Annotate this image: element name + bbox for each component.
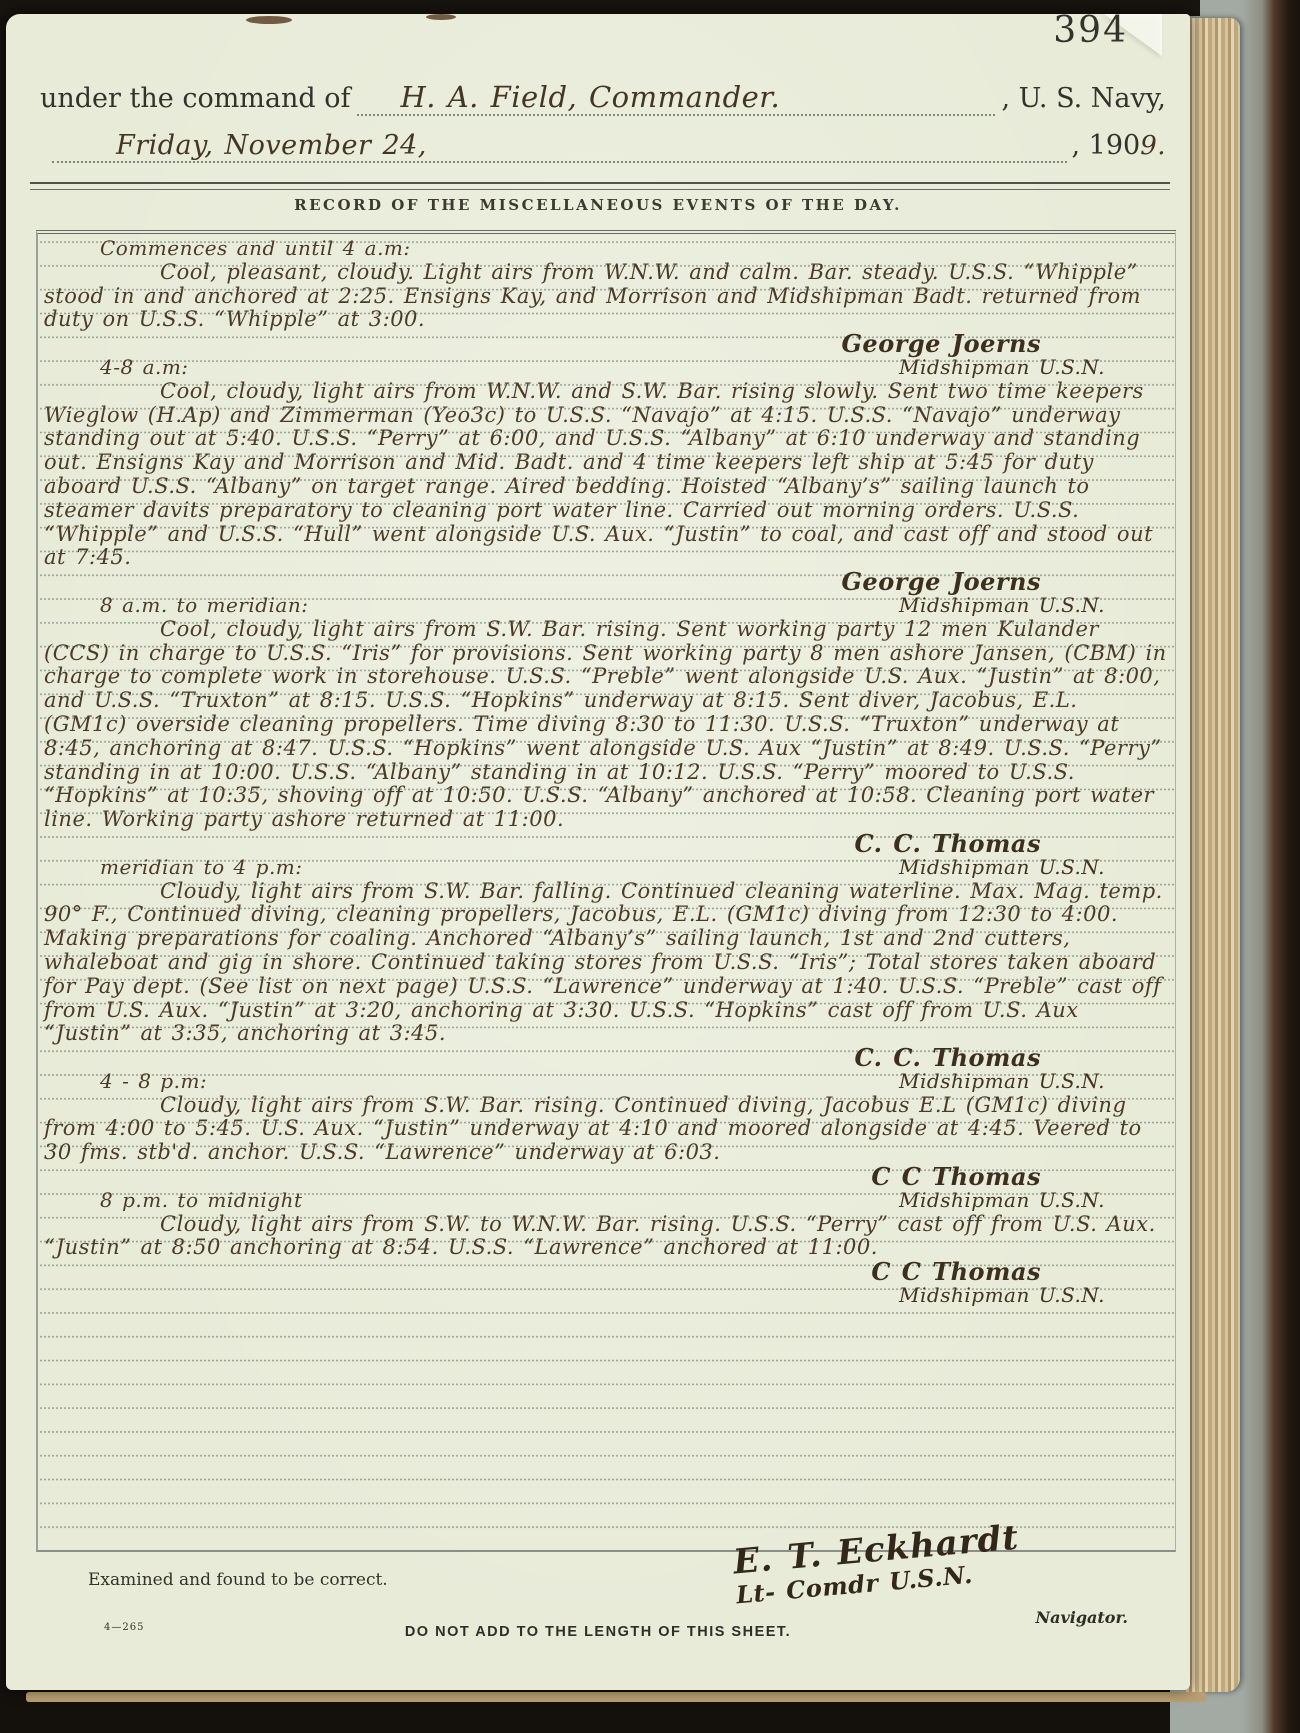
log-entries: Commences and until 4 a.m:Cool, pleasant… [36, 230, 1176, 1552]
year-printed: , 190 [1071, 130, 1140, 161]
do-not-add-notice: DO NOT ADD TO THE LENGTH OF THIS SHEET. [6, 1624, 1190, 1640]
entry-heading: 8 a.m. to meridian: [100, 594, 308, 618]
signature-name: C C Thomas [44, 1260, 1167, 1284]
signature-title: Midshipman U.S.N. [899, 356, 1105, 380]
entry-heading: 4-8 a.m: [100, 356, 189, 380]
signature-title: Midshipman U.S.N. [44, 1284, 1167, 1308]
date-line: Friday, November 24, , 190 9. [52, 130, 1166, 163]
entry-heading-row: 8 p.m. to midnightMidshipman U.S.N. [44, 1189, 1167, 1213]
entry-heading: 8 p.m. to midnight [100, 1189, 303, 1213]
signature-name: George Joerns [44, 332, 1167, 356]
section-title: RECORD OF THE MISCELLANEOUS EVENTS OF TH… [6, 196, 1190, 214]
entry-heading-row: meridian to 4 p.m:Midshipman U.S.N. [44, 856, 1167, 880]
entry-body-text: Cloudy, light airs from S.W. to W.N.W. B… [44, 1213, 1167, 1261]
command-prefix-label: under the command of [40, 83, 351, 114]
date-handwritten: Friday, November 24, [52, 130, 1067, 163]
entry-body-text: Cool, cloudy, light airs from W.N.W. and… [44, 380, 1167, 570]
sheet-bottom-edge [26, 1692, 1206, 1702]
entry-heading: meridian to 4 p.m: [100, 856, 303, 880]
entry-heading: Commences and until 4 a.m: [100, 237, 411, 261]
entry-body-text: Cloudy, light airs from S.W. Bar. rising… [44, 1094, 1167, 1165]
signature-title: Midshipman U.S.N. [899, 594, 1105, 618]
entry-heading-row: 4-8 a.m:Midshipman U.S.N. [44, 356, 1167, 380]
book-page-edges [1186, 18, 1240, 1692]
signature-title: Midshipman U.S.N. [899, 1070, 1105, 1094]
examined-statement: Examined and found to be correct. [88, 1570, 388, 1590]
binding-debris [246, 16, 292, 24]
entry-body-text: Cool, pleasant, cloudy. Light airs from … [44, 261, 1167, 332]
entry-body-text: Cloudy, light airs from S.W. Bar. fallin… [44, 880, 1167, 1047]
entry-heading-row: Commences and until 4 a.m: [44, 237, 1167, 261]
command-line: under the command of H. A. Field, Comman… [40, 80, 1166, 116]
header-divider-rule [30, 182, 1170, 190]
signature-name: C. C. Thomas [44, 1046, 1167, 1070]
entry-body-text: Cool, cloudy, light airs from S.W. Bar. … [44, 618, 1167, 832]
commander-name-handwritten: H. A. Field, Commander. [357, 80, 996, 116]
entry-heading-row: 8 a.m. to meridian:Midshipman U.S.N. [44, 594, 1167, 618]
year-handwritten: 9. [1140, 131, 1166, 161]
navy-suffix-label: , U. S. Navy, [1001, 83, 1166, 114]
entry-heading: 4 - 8 p.m: [100, 1070, 207, 1094]
entry-heading-row: 4 - 8 p.m:Midshipman U.S.N. [44, 1070, 1167, 1094]
signature-title: Midshipman U.S.N. [899, 1189, 1105, 1213]
logbook-sheet: 394 under the command of H. A. Field, Co… [6, 14, 1190, 1690]
binding-debris [426, 14, 456, 20]
signature-name: C C Thomas [44, 1165, 1167, 1189]
signature-title: Midshipman U.S.N. [899, 856, 1105, 880]
signature-name: George Joerns [44, 570, 1167, 594]
page-number: 394 [1053, 10, 1128, 51]
signature-name: C. C. Thomas [44, 832, 1167, 856]
